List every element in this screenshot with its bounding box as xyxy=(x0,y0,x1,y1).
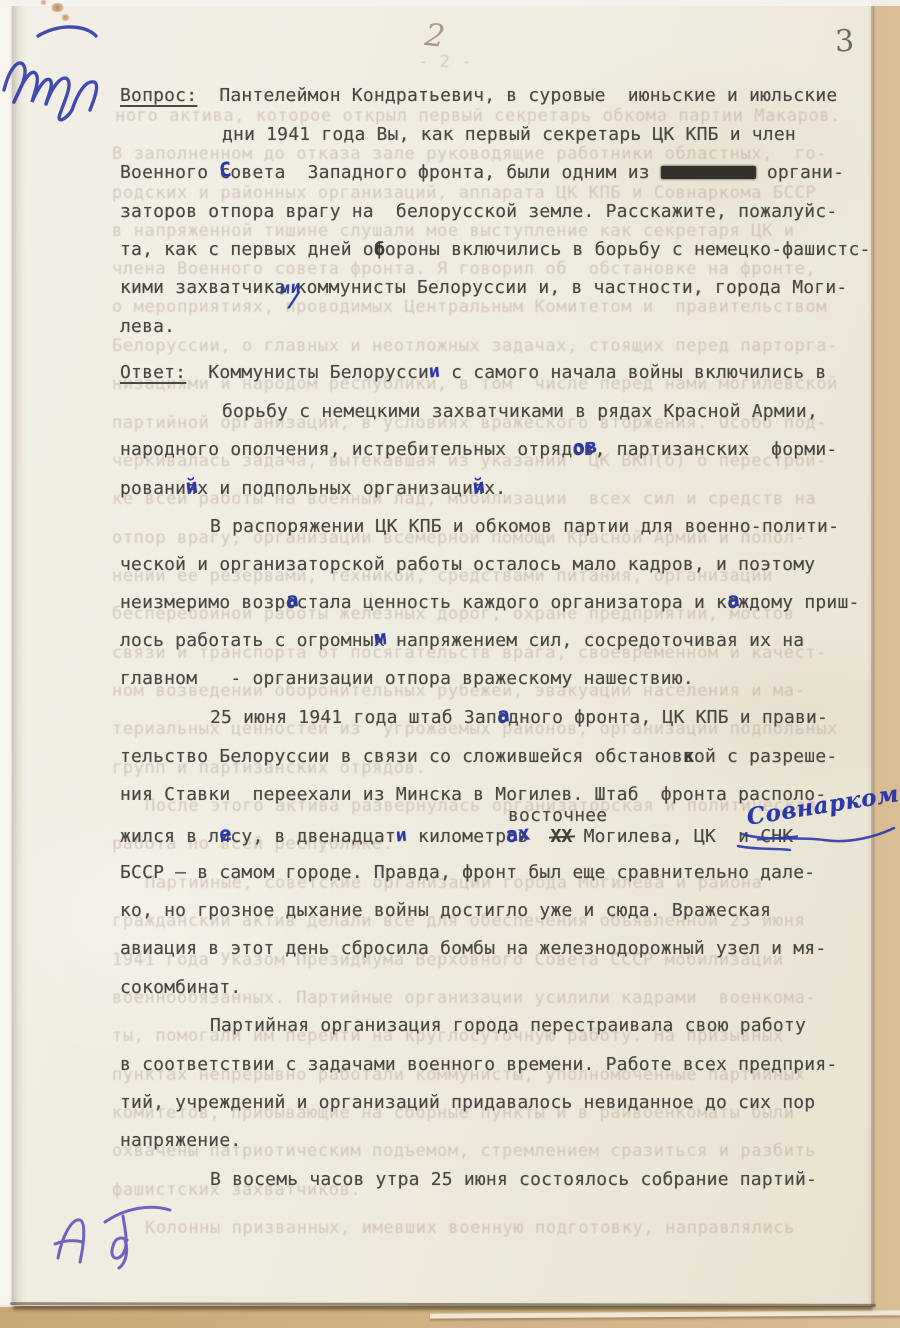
blacked-out-word xyxy=(661,166,756,179)
typed-text: В распоряжении ЦК КПБ и обкомов партии д… xyxy=(210,516,839,537)
typed-text: су, в двенадцат xyxy=(230,826,396,847)
typed-text: ко, но грозное дыхание войны достигло уж… xyxy=(120,900,771,921)
typed-line: Вопрос: Пантелеймон Кондратьевич, в суро… xyxy=(120,84,837,108)
typewriter-overtype: вк xyxy=(683,745,694,769)
typed-text: лось работать с огромны xyxy=(120,630,374,651)
typed-line: лось работать с огромныхм напряжением си… xyxy=(120,629,804,653)
typed-line: в соответствии с задачами военного време… xyxy=(120,1053,837,1077)
typed-text: дни 1941 года Вы, как первый секретарь Ц… xyxy=(222,124,796,145)
typed-text: дного фронта, ЦК КПБ и прави- xyxy=(508,707,828,728)
typed-line: та, как с первых дней офбороны включилис… xyxy=(120,238,871,262)
typed-text: Могилева, ЦК и xyxy=(573,826,761,847)
typed-text: 25 июня 1941 года штаб Зап xyxy=(210,707,497,728)
typed-line: рованияхй и подпольных организацияхй. xyxy=(120,477,506,501)
typed-line: В распоряжении ЦК КПБ и обкомов партии д… xyxy=(210,515,839,539)
typed-text: и подпольных организаци xyxy=(208,478,473,499)
typed-text: БССР – в самом городе. Правда, фронт был… xyxy=(120,862,815,883)
typed-text: главном - организации отпора вражескому … xyxy=(120,668,694,689)
signature-scribble xyxy=(0,16,138,126)
typed-text: стала ценность каждого организатора и к xyxy=(297,592,727,613)
typed-line: борьбу с немецкими захватчиками в рядах … xyxy=(222,400,818,424)
rust-stain xyxy=(40,0,47,5)
typed-text xyxy=(528,826,550,847)
typed-text: Партийная организация города перестраива… xyxy=(210,1015,806,1036)
typed-text: тельство Белоруссии в связи со сложившей… xyxy=(120,746,683,767)
typed-text: напряжение. xyxy=(120,1130,241,1151)
typed-line: дни 1941 года Вы, как первый секретарь Ц… xyxy=(222,123,796,147)
rust-stain xyxy=(61,14,70,21)
ink-overwrite-correction: оа xyxy=(727,591,738,615)
typed-line: главном - организации отпора вражескому … xyxy=(120,667,694,691)
typed-text: Военного xyxy=(120,162,219,183)
typed-line: ческой и организаторской работы осталось… xyxy=(120,553,815,577)
ink-overwrite-correction: овов xyxy=(573,438,595,462)
typed-text: , партизанских форми- xyxy=(595,439,838,460)
typed-line: ко, но грозное дыхание войны достигло уж… xyxy=(120,899,771,923)
typed-text: Коммунисты Белорусси xyxy=(186,362,429,383)
typed-line: Ответ: Коммунисты Белоруссии с самого на… xyxy=(120,361,826,385)
ink-correction: и xyxy=(395,824,408,849)
typed-line: БССР – в самом городе. Правда, фронт был… xyxy=(120,861,815,885)
typed-text: с самого начала войны включились в xyxy=(440,362,826,383)
typed-line: неизмеримо возроастала ценность каждого … xyxy=(120,591,860,615)
typed-text: сокомбинат. xyxy=(120,977,241,998)
typed-text: ровани xyxy=(120,478,186,499)
typed-line: жился в лиесу, в двенадцати километровах… xyxy=(120,825,793,849)
typed-line: 25 июня 1941 года штаб Запоадного фронта… xyxy=(210,706,828,730)
ink-overwrite-correction: яхй xyxy=(186,477,208,501)
typed-text: ждому приш- xyxy=(738,592,859,613)
typewritten-text-layer: Вопрос: Пантелеймон Кондратьевич, в суро… xyxy=(0,0,900,1328)
typed-text: органи- xyxy=(756,162,844,183)
typed-text: кими захватчика xyxy=(120,277,286,298)
typed-line: заторов отпора врагу на белорусской земл… xyxy=(120,200,837,224)
typed-line: кими захватчика/микоммунисты Белоруссии … xyxy=(120,276,847,300)
typed-line: напряжение. xyxy=(120,1129,241,1153)
typed-text: та, как с первых дней о xyxy=(120,239,374,260)
typed-text: народного ополчения, истребительных отря… xyxy=(120,439,573,460)
typed-text: ой с разреше- xyxy=(694,746,837,767)
typewriter-overtype: фб xyxy=(374,238,385,262)
typed-text: ческой и организаторской работы осталось… xyxy=(120,554,815,575)
pencil-page-number-3: 3 xyxy=(834,24,854,60)
typed-text: в соответствии с задачами военного време… xyxy=(120,1054,837,1075)
typed-text: напряжением сил, сосредоточивая их на xyxy=(385,630,804,651)
typed-text: заторов отпора врагу на белорусской земл… xyxy=(120,201,837,222)
typed-line: тельство Белоруссии в связи со сложившей… xyxy=(120,745,837,769)
typed-line: В восемь часов утра 25 июня состоялось с… xyxy=(210,1168,817,1192)
sovnarkom-underline-flourish xyxy=(736,818,900,862)
typed-line: авиация в этот день сбросила бомбы на же… xyxy=(120,937,826,961)
struck-out-text: ХХ xyxy=(551,826,573,847)
typed-text: ния Ставки переехали из Минска в Могилев… xyxy=(120,784,826,805)
ink-overwrite-correction: оа xyxy=(497,706,508,730)
typed-text: жился в л xyxy=(120,826,219,847)
ink-correction: и xyxy=(428,360,441,385)
typed-text: неизмеримо возр xyxy=(120,592,286,613)
photo-top-edge xyxy=(0,0,900,6)
scanned-document-photo: { "document": { "description": "Typewrit… xyxy=(0,0,900,1328)
typed-text: километр xyxy=(407,826,506,847)
ink-overwrite-correction: овах xyxy=(506,825,528,849)
typed-line: лева. xyxy=(120,315,175,339)
ink-overwrite-correction: ие xyxy=(219,825,230,849)
paragraph-label: Ответ: xyxy=(120,362,186,383)
ink-overwrite-correction: хм xyxy=(374,629,385,653)
typed-line: Военного сСовета Западного фронта, были … xyxy=(120,161,844,185)
typed-text: авиация в этот день сбросила бомбы на же… xyxy=(120,938,826,959)
reviewer-initials-mark xyxy=(45,1200,195,1280)
handwritten-page-number-2: 2 xyxy=(423,17,447,55)
typed-line: сокомбинат. xyxy=(120,976,241,1000)
typed-line: Партийная организация города перестраива… xyxy=(210,1014,806,1038)
rust-stain xyxy=(50,3,65,12)
ink-overwrite-correction: яхй xyxy=(473,477,495,501)
ink-overwrite-correction: сС xyxy=(219,161,230,185)
typed-text: В восемь часов утра 25 июня состоялось с… xyxy=(210,1169,817,1190)
typed-text: коммунисты Белоруссии и, в частности, го… xyxy=(296,277,848,298)
ink-overwrite-correction: оа xyxy=(286,591,297,615)
typed-line: народного ополчения, истребительных отря… xyxy=(120,438,837,462)
typed-line: тий, учреждений и организаций придавалос… xyxy=(120,1091,815,1115)
typed-text: овета Западного фронта, были одним из xyxy=(230,162,660,183)
typed-line: ния Ставки переехали из Минска в Могилев… xyxy=(120,783,826,807)
typed-text: тий, учреждений и организаций придавалос… xyxy=(120,1092,815,1113)
typed-text: лева. xyxy=(120,316,175,337)
typed-text: Пантелеймон Кондратьевич, в суровые июнь… xyxy=(197,85,837,106)
typed-text: ороны включились в борьбу с немецко-фаши… xyxy=(385,239,871,260)
typed-text: борьбу с немецкими захватчиками в рядах … xyxy=(222,401,818,422)
